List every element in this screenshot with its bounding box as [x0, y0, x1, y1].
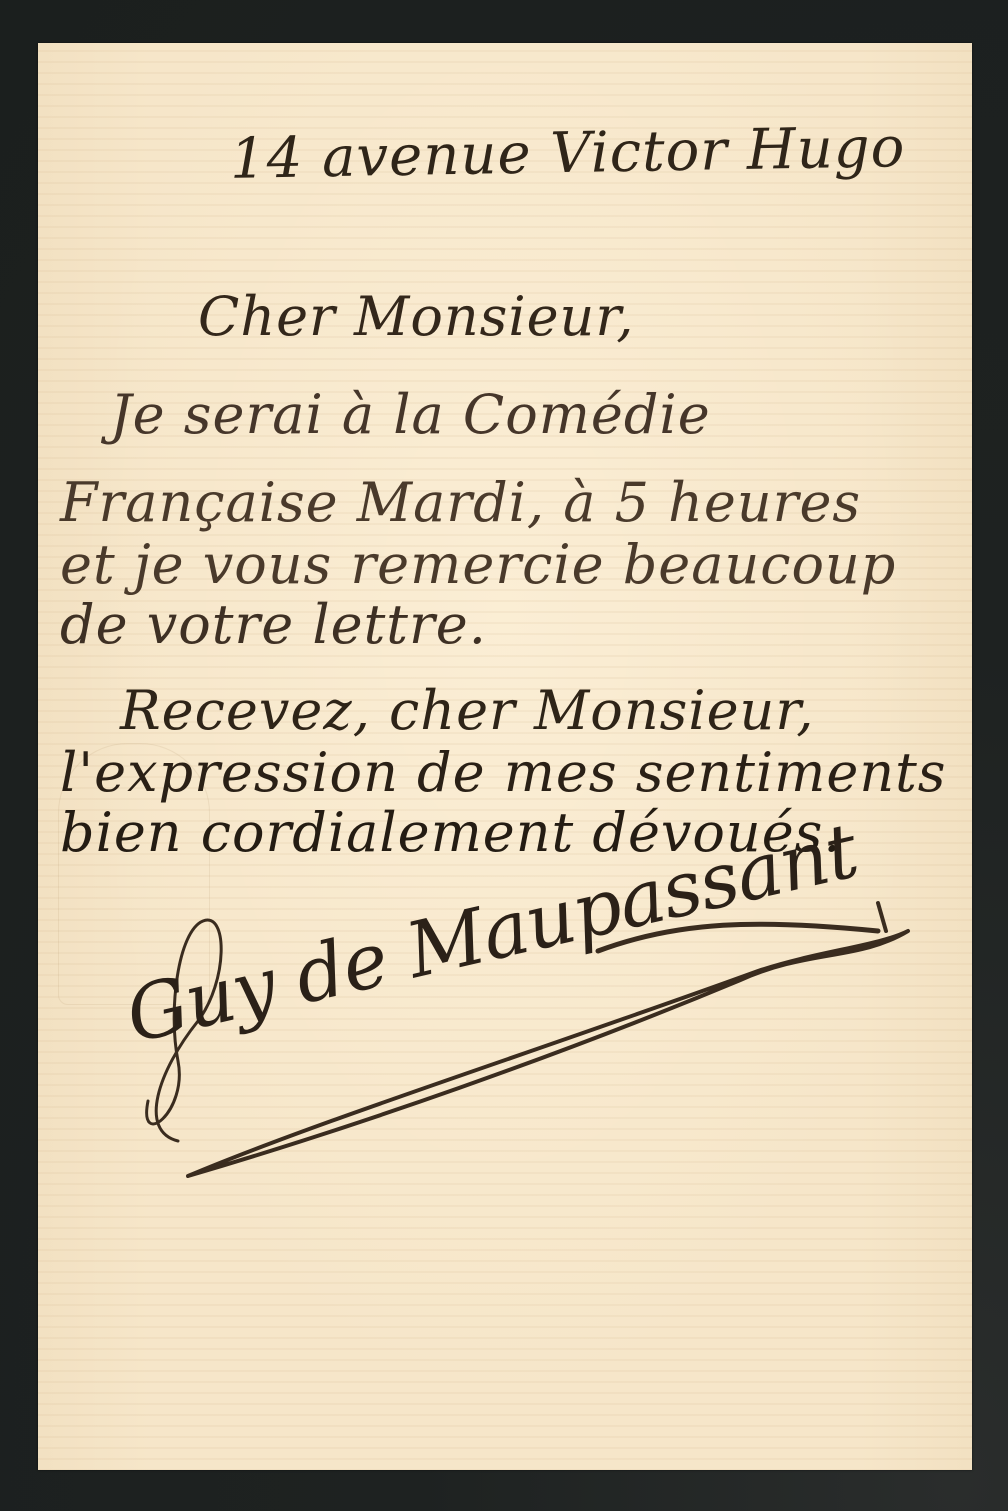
- letter-closing-line: l'expression de mes sentiments: [60, 741, 947, 804]
- letter-body-line: Je serai à la Comédie: [110, 383, 711, 446]
- letter-salutation: Cher Monsieur,: [198, 285, 634, 348]
- letter-paper: 14 avenue Victor Hugo Cher Monsieur, Je …: [38, 43, 972, 1470]
- letter-closing-line: Recevez, cher Monsieur,: [120, 679, 814, 742]
- letter-address: 14 avenue Victor Hugo: [229, 115, 905, 192]
- letter-body-line: et je vous remercie beaucoup: [60, 533, 896, 596]
- signature-block: Guy de Maupassant: [118, 891, 918, 1191]
- letter-body-line: Française Mardi, à 5 heures: [60, 471, 861, 534]
- letter-body-line: de votre lettre.: [60, 593, 487, 656]
